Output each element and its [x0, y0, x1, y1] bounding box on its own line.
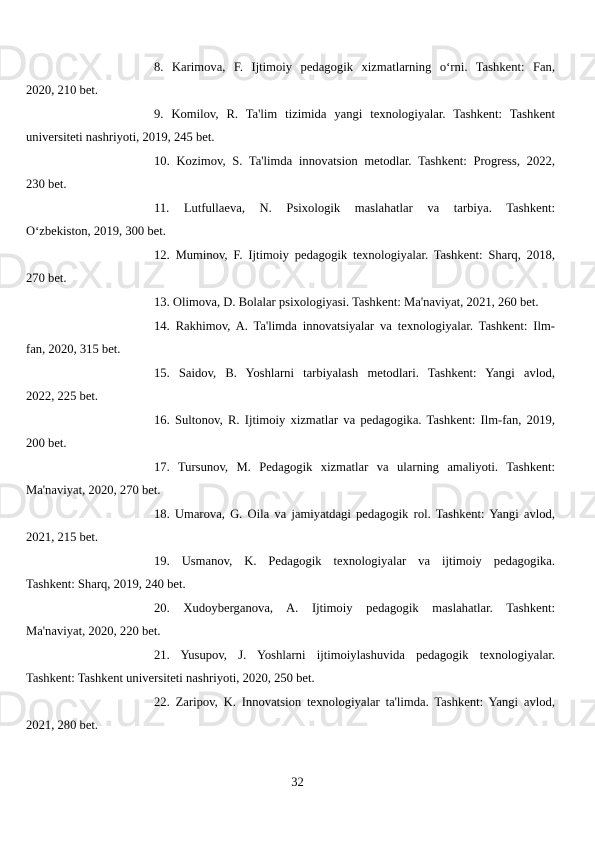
reference-text: Yusupov, J. Yoshlarni ijtimoiylashuvida …: [181, 648, 555, 662]
reference-text: Olimova, D. Bolalar psixologiyasi. Tashk…: [173, 295, 539, 309]
reference-number: 22.: [90, 691, 170, 714]
reference-continuation: Tashkent: Sharq, 2019, 240 bet.: [26, 573, 555, 596]
reference-item: 14. Rakhimov, A. Ta'limda innovatsiyalar…: [26, 315, 555, 362]
reference-item: 17. Tursunov, M. Pedagogik xizmatlar va …: [26, 456, 555, 503]
reference-number: 17.: [90, 456, 170, 479]
reference-text: Lutfullaeva, N. Psixologik maslahatlar v…: [184, 201, 555, 215]
reference-continuation: 230 bet.: [26, 173, 555, 196]
reference-number: 9.: [90, 103, 163, 126]
reference-first-line: 16. Sultonov, R. Ijtimoiy xizmatlar va p…: [26, 409, 555, 432]
reference-item: 22. Zaripov, K. Innovatsion texnologiyal…: [26, 691, 555, 738]
reference-continuation: Ma'naviyat, 2020, 220 bet.: [26, 620, 555, 643]
reference-number: 14.: [90, 315, 170, 338]
reference-continuation: 200 bet.: [26, 432, 555, 455]
reference-item: 16. Sultonov, R. Ijtimoiy xizmatlar va p…: [26, 409, 555, 456]
reference-continuation: universiteti nashriyoti, 2019, 245 bet.: [26, 126, 555, 149]
reference-text: Zaripov, K. Innovatsion texnologiyalar t…: [176, 695, 555, 709]
reference-text: Usmanov, K. Pedagogik texnologiyalar va …: [182, 554, 555, 568]
reference-text: Karimova, F. Ijtimoiy pedagogik xizmatla…: [172, 60, 555, 74]
reference-first-line: 8. Karimova, F. Ijtimoiy pedagogik xizma…: [26, 56, 555, 79]
reference-item: 19. Usmanov, K. Pedagogik texnologiyalar…: [26, 550, 555, 597]
reference-text: Muminov, F. Ijtimoiy pedagogik texnologi…: [176, 248, 555, 262]
reference-continuation: Tashkent: Tashkent universiteti nashriyo…: [26, 667, 555, 690]
reference-first-line: 17. Tursunov, M. Pedagogik xizmatlar va …: [26, 456, 555, 479]
reference-item: 10. Kozimov, S. Ta'limda innovatsion met…: [26, 150, 555, 197]
reference-first-line: 22. Zaripov, K. Innovatsion texnologiyal…: [26, 691, 555, 714]
reference-number: 19.: [90, 550, 170, 573]
reference-item: 9. Komilov, R. Ta'lim tizimida yangi tex…: [26, 103, 555, 150]
reference-item: 13. Olimova, D. Bolalar psixologiyasi. T…: [26, 291, 555, 314]
reference-number: 15.: [90, 362, 170, 385]
reference-number: 8.: [90, 56, 163, 79]
reference-number: 12.: [90, 244, 170, 267]
reference-first-line: 21. Yusupov, J. Yoshlarni ijtimoiylashuv…: [26, 644, 555, 667]
reference-continuation: Ma'naviyat, 2020, 270 bet.: [26, 479, 555, 502]
reference-item: 15. Saidov, B. Yoshlarni tarbiyalash met…: [26, 362, 555, 409]
reference-item: 8. Karimova, F. Ijtimoiy pedagogik xizma…: [26, 56, 555, 103]
reference-continuation: O‘zbekiston, 2019, 300 bet.: [26, 220, 555, 243]
reference-text: Tursunov, M. Pedagogik xizmatlar va ular…: [178, 460, 555, 474]
reference-number: 18.: [90, 503, 170, 526]
reference-continuation: 2022, 225 bet.: [26, 385, 555, 408]
reference-first-line: 12. Muminov, F. Ijtimoiy pedagogik texno…: [26, 244, 555, 267]
reference-first-line: 9. Komilov, R. Ta'lim tizimida yangi tex…: [26, 103, 555, 126]
page-number: 32: [0, 775, 595, 790]
reference-item: 11. Lutfullaeva, N. Psixologik maslahatl…: [26, 197, 555, 244]
reference-first-line: 15. Saidov, B. Yoshlarni tarbiyalash met…: [26, 362, 555, 385]
reference-item: 12. Muminov, F. Ijtimoiy pedagogik texno…: [26, 244, 555, 291]
reference-continuation: 2021, 280 bet.: [26, 714, 555, 737]
reference-text: Sultonov, R. Ijtimoiy xizmatlar va pedag…: [175, 413, 555, 427]
reference-first-line: 10. Kozimov, S. Ta'limda innovatsion met…: [26, 150, 555, 173]
reference-continuation: fan, 2020, 315 bet.: [26, 338, 555, 361]
reference-number: 13.: [90, 291, 170, 314]
reference-continuation: 2021, 215 bet.: [26, 526, 555, 549]
reference-first-line: 13. Olimova, D. Bolalar psixologiyasi. T…: [26, 291, 555, 314]
reference-item: 21. Yusupov, J. Yoshlarni ijtimoiylashuv…: [26, 644, 555, 691]
reference-text: Umarova, G. Oila va jamiyatdagi pedagogi…: [175, 507, 555, 521]
reference-text: Rakhimov, A. Ta'limda innovatsiyalar va …: [176, 319, 555, 333]
reference-item: 18. Umarova, G. Oila va jamiyatdagi peda…: [26, 503, 555, 550]
reference-continuation: 2020, 210 bet.: [26, 79, 555, 102]
reference-text: Saidov, B. Yoshlarni tarbiyalash metodla…: [179, 366, 555, 380]
reference-first-line: 14. Rakhimov, A. Ta'limda innovatsiyalar…: [26, 315, 555, 338]
reference-number: 11.: [90, 197, 169, 220]
reference-first-line: 19. Usmanov, K. Pedagogik texnologiyalar…: [26, 550, 555, 573]
reference-text: Kozimov, S. Ta'limda innovatsion metodla…: [176, 154, 555, 168]
reference-number: 16.: [90, 409, 170, 432]
reference-number: 20.: [90, 597, 170, 620]
reference-item: 20. Xudoyberganova, A. Ijtimoiy pedagogi…: [26, 597, 555, 644]
reference-first-line: 20. Xudoyberganova, A. Ijtimoiy pedagogi…: [26, 597, 555, 620]
reference-text: Komilov, R. Ta'lim tizimida yangi texnol…: [171, 107, 555, 121]
reference-first-line: 18. Umarova, G. Oila va jamiyatdagi peda…: [26, 503, 555, 526]
reference-number: 21.: [90, 644, 170, 667]
reference-text: Xudoyberganova, A. Ijtimoiy pedagogik ma…: [183, 601, 555, 615]
reference-first-line: 11. Lutfullaeva, N. Psixologik maslahatl…: [26, 197, 555, 220]
reference-continuation: 270 bet.: [26, 267, 555, 290]
reference-number: 10.: [90, 150, 170, 173]
